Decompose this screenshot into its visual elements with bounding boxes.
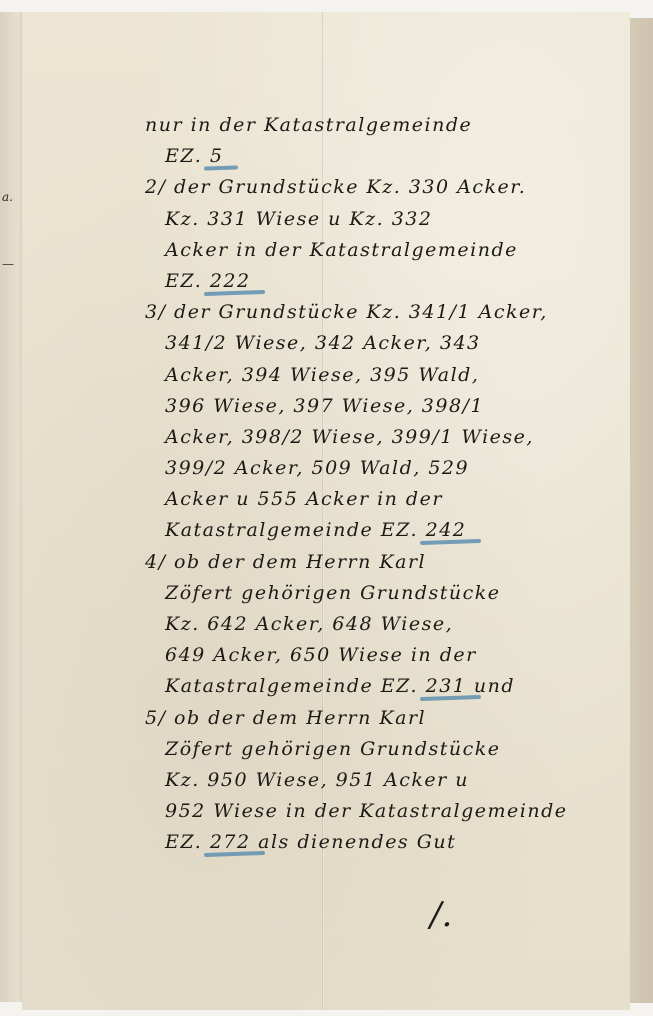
text-line: 3/ der Grundstücke Kz. 341/1 Acker, [145, 297, 615, 328]
text-line: Zöfert gehörigen Grundstücke [145, 578, 615, 609]
line-text: Kz. 331 Wiese u Kz. 332 [165, 208, 432, 230]
handwritten-text-block: nur in der KatastralgemeindeEZ. 52/ der … [145, 110, 615, 859]
line-text: Acker u 555 Acker in der [165, 488, 443, 510]
text-line: Acker u 555 Acker in der [145, 484, 615, 515]
line-text: 649 Acker, 650 Wiese in der [165, 644, 477, 666]
line-text: Zöfert gehörigen Grundstücke [165, 582, 501, 604]
line-text: Katastralgemeinde EZ. [165, 519, 426, 541]
line-text: nur in der Katastralgemeinde [145, 114, 472, 136]
line-text: Zöfert gehörigen Grundstücke [165, 738, 501, 760]
line-text: Acker, 398/2 Wiese, 399/1 Wiese, [165, 426, 534, 448]
text-line: Katastralgemeinde EZ. 231 und [145, 671, 615, 702]
text-line: Katastralgemeinde EZ. 242 [145, 515, 615, 546]
line-text: 3/ der Grundstücke Kz. 341/1 Acker, [145, 301, 548, 323]
text-line: EZ. 222 [145, 266, 615, 297]
text-line: 4/ ob der dem Herrn Karl [145, 547, 615, 578]
ez-number-underlined: 272 [210, 827, 251, 858]
line-text: 952 Wiese in der Katastralgemeinde [165, 800, 567, 822]
text-line: EZ. 272 als dienendes Gut [145, 827, 615, 858]
line-text: Acker, 394 Wiese, 395 Wald, [165, 364, 479, 386]
ez-number-underlined: 5 [210, 141, 224, 172]
text-line: Acker, 398/2 Wiese, 399/1 Wiese, [145, 422, 615, 453]
line-text: Kz. 950 Wiese, 951 Acker u [165, 769, 469, 791]
line-text: EZ. [165, 831, 210, 853]
text-line: 649 Acker, 650 Wiese in der [145, 640, 615, 671]
text-line: Zöfert gehörigen Grundstücke [145, 734, 615, 765]
text-line: 341/2 Wiese, 342 Acker, 343 [145, 328, 615, 359]
text-line: Kz. 642 Acker, 648 Wiese, [145, 609, 615, 640]
text-line: EZ. 5 [145, 141, 615, 172]
text-line: Kz. 331 Wiese u Kz. 332 [145, 204, 615, 235]
text-line: 399/2 Acker, 509 Wald, 529 [145, 453, 615, 484]
line-text: 5/ ob der dem Herrn Karl [145, 707, 426, 729]
line-text-after: und [466, 675, 515, 697]
line-text: 399/2 Acker, 509 Wald, 529 [165, 457, 469, 479]
text-line: 396 Wiese, 397 Wiese, 398/1 [145, 391, 615, 422]
ez-number-underlined: 231 [426, 671, 467, 702]
line-text: 2/ der Grundstücke Kz. 330 Acker. [145, 176, 526, 198]
line-text: EZ. [165, 270, 210, 292]
margin-mark: a. [2, 190, 13, 204]
text-line: 5/ ob der dem Herrn Karl [145, 703, 615, 734]
text-line: Kz. 950 Wiese, 951 Acker u [145, 765, 615, 796]
text-line: 2/ der Grundstücke Kz. 330 Acker. [145, 172, 615, 203]
line-text: Kz. 642 Acker, 648 Wiese, [165, 613, 453, 635]
line-text: Acker in der Katastralgemeinde [165, 239, 518, 261]
margin-mark: — [2, 257, 14, 271]
text-line: 952 Wiese in der Katastralgemeinde [145, 796, 615, 827]
text-line: Acker in der Katastralgemeinde [145, 235, 615, 266]
ez-number-underlined: 222 [210, 266, 251, 297]
line-text: 4/ ob der dem Herrn Karl [145, 551, 426, 573]
line-text-after: als dienendes Gut [251, 831, 457, 853]
end-mark: /. [430, 895, 452, 935]
line-text: 341/2 Wiese, 342 Acker, 343 [165, 332, 481, 354]
text-line: nur in der Katastralgemeinde [145, 110, 615, 141]
line-text: EZ. [165, 145, 210, 167]
line-text: 396 Wiese, 397 Wiese, 398/1 [165, 395, 484, 417]
line-text: Katastralgemeinde EZ. [165, 675, 426, 697]
text-line: Acker, 394 Wiese, 395 Wald, [145, 360, 615, 391]
ez-number-underlined: 242 [426, 515, 467, 546]
